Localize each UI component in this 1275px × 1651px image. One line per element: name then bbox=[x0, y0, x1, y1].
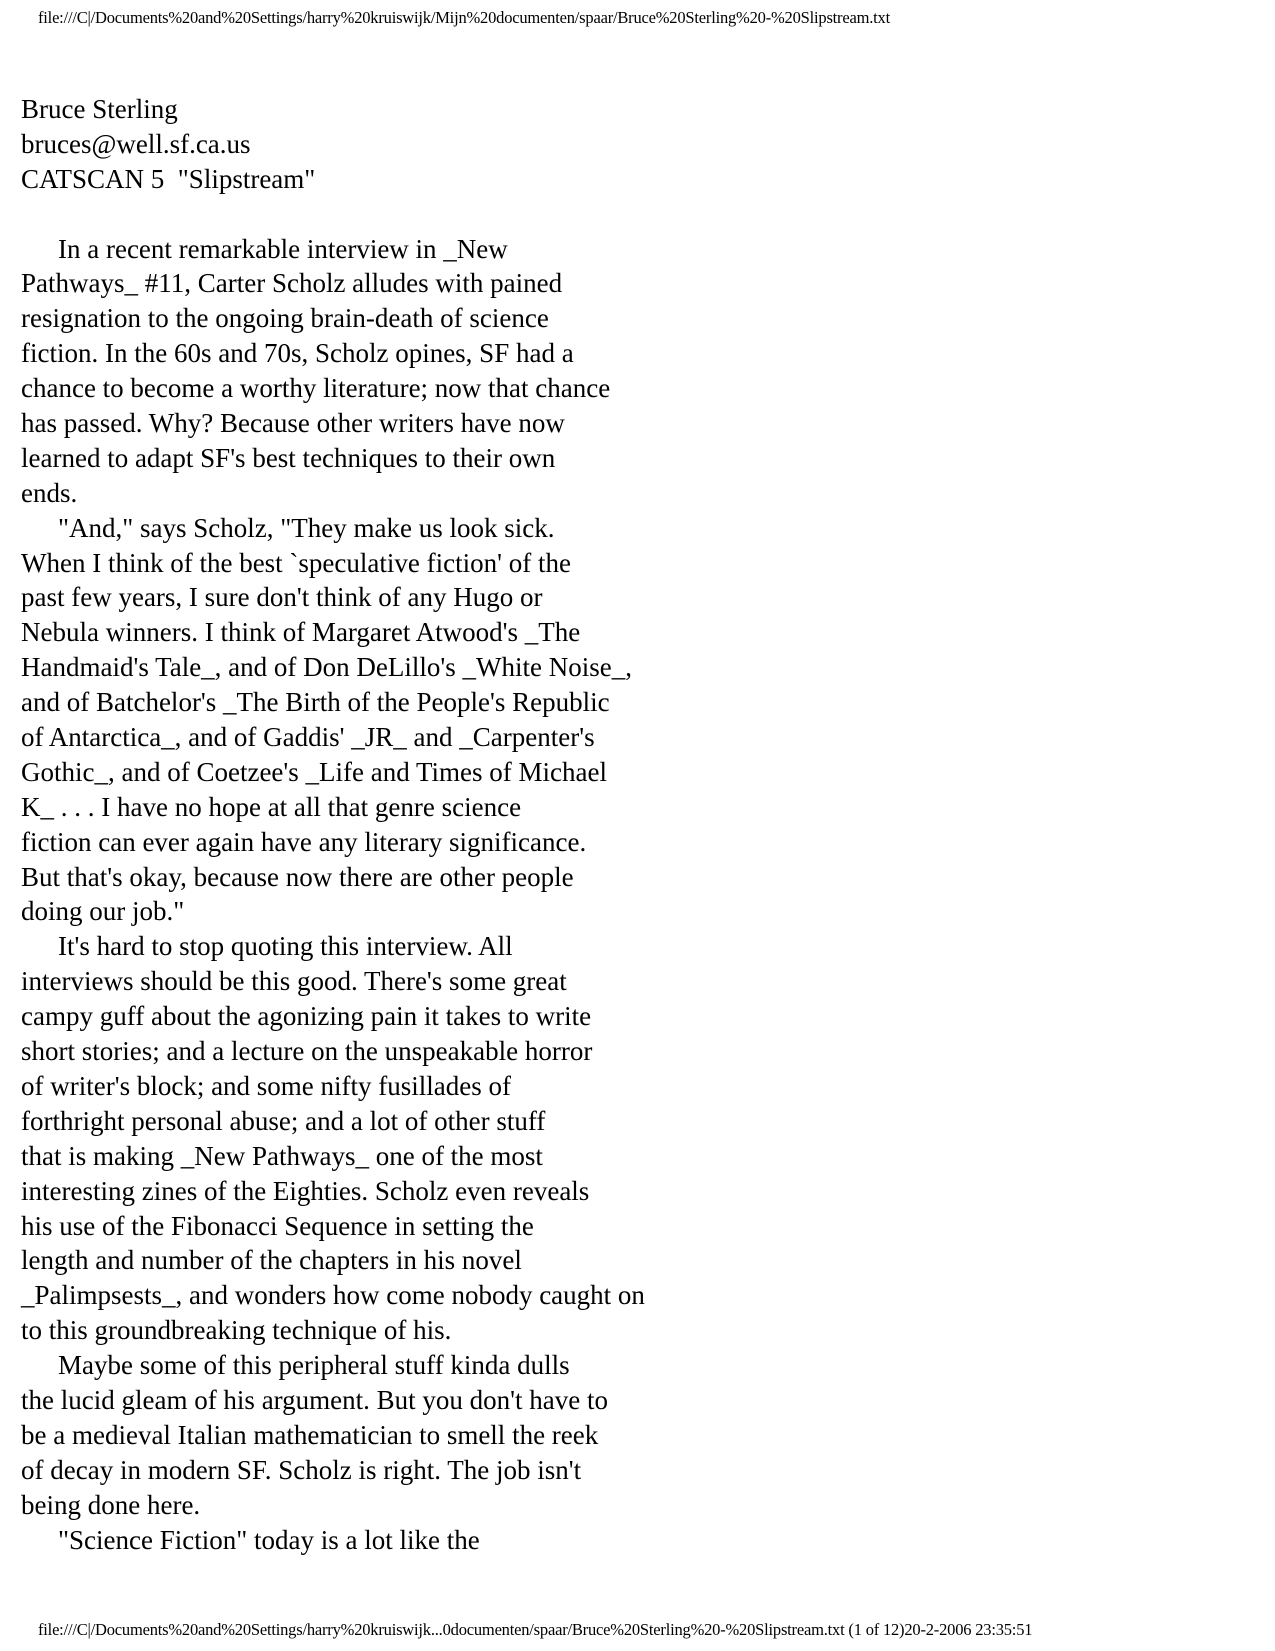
paragraph-line: past few years, I sure don't think of an… bbox=[21, 580, 645, 615]
paragraph-line: Nebula winners. I think of Margaret Atwo… bbox=[21, 615, 645, 650]
article-title: CATSCAN 5 "Slipstream" bbox=[21, 162, 645, 197]
paragraph-line: chance to become a worthy literature; no… bbox=[21, 371, 645, 406]
paragraph-line: to this groundbreaking technique of his. bbox=[21, 1313, 645, 1348]
paragraph-line: learned to adapt SF's best techniques to… bbox=[21, 441, 645, 476]
paragraph-line: fiction can ever again have any literary… bbox=[21, 825, 645, 860]
footer-url: file:///C|/Documents%20and%20Settings/ha… bbox=[38, 1620, 844, 1639]
paragraph-line: short stories; and a lecture on the unsp… bbox=[21, 1034, 645, 1069]
page-header-url: file:///C|/Documents%20and%20Settings/ha… bbox=[38, 7, 890, 29]
paragraph-line: In a recent remarkable interview in _New bbox=[21, 232, 645, 267]
paragraph-line: the lucid gleam of his argument. But you… bbox=[21, 1383, 645, 1418]
paragraph-line: length and number of the chapters in his… bbox=[21, 1243, 645, 1278]
paragraph-line: and of Batchelor's _The Birth of the Peo… bbox=[21, 685, 645, 720]
paragraph-line: _Palimpsests_, and wonders how come nobo… bbox=[21, 1278, 645, 1313]
paragraph-line: be a medieval Italian mathematician to s… bbox=[21, 1418, 645, 1453]
paragraph-line: of Antarctica_, and of Gaddis' _JR_ and … bbox=[21, 720, 645, 755]
paragraph-line: "Science Fiction" today is a lot like th… bbox=[21, 1523, 645, 1558]
paragraph-line: resignation to the ongoing brain-death o… bbox=[21, 301, 645, 336]
paragraph-line: his use of the Fibonacci Sequence in set… bbox=[21, 1209, 645, 1244]
paragraph-5: "Science Fiction" today is a lot like th… bbox=[21, 1523, 645, 1558]
paragraph-line: When I think of the best `speculative fi… bbox=[21, 546, 645, 581]
paragraph-line: of writer's block; and some nifty fusill… bbox=[21, 1069, 645, 1104]
paragraph-line: forthright personal abuse; and a lot of … bbox=[21, 1104, 645, 1139]
paragraph-line: doing our job." bbox=[21, 894, 645, 929]
paragraph-line: that is making _New Pathways_ one of the… bbox=[21, 1139, 645, 1174]
paragraph-3: It's hard to stop quoting this interview… bbox=[21, 929, 645, 1348]
paragraph-2: "And," says Scholz, "They make us look s… bbox=[21, 511, 645, 930]
paragraph-1: In a recent remarkable interview in _New… bbox=[21, 232, 645, 511]
author-email: bruces@well.sf.ca.us bbox=[21, 127, 645, 162]
paragraph-line: Maybe some of this peripheral stuff kind… bbox=[21, 1348, 645, 1383]
paragraph-line: has passed. Why? Because other writers h… bbox=[21, 406, 645, 441]
author-name: Bruce Sterling bbox=[21, 92, 645, 127]
blank-line bbox=[21, 197, 645, 232]
paragraph-line: K_ . . . I have no hope at all that genr… bbox=[21, 790, 645, 825]
paragraph-line: Gothic_, and of Coetzee's _Life and Time… bbox=[21, 755, 645, 790]
paragraph-line: "And," says Scholz, "They make us look s… bbox=[21, 511, 645, 546]
paragraph-line: being done here. bbox=[21, 1488, 645, 1523]
paragraph-line: ends. bbox=[21, 476, 645, 511]
footer-timestamp: 20-2-2006 23:35:51 bbox=[904, 1620, 1032, 1639]
paragraph-line: It's hard to stop quoting this interview… bbox=[21, 929, 645, 964]
paragraph-line: interviews should be this good. There's … bbox=[21, 964, 645, 999]
paragraph-line: But that's okay, because now there are o… bbox=[21, 860, 645, 895]
paragraph-line: Handmaid's Tale_, and of Don DeLillo's _… bbox=[21, 650, 645, 685]
paragraph-line: interesting zines of the Eighties. Schol… bbox=[21, 1174, 645, 1209]
paragraph-line: of decay in modern SF. Scholz is right. … bbox=[21, 1453, 645, 1488]
page-footer: file:///C|/Documents%20and%20Settings/ha… bbox=[38, 1619, 1032, 1641]
paragraph-line: Pathways_ #11, Carter Scholz alludes wit… bbox=[21, 266, 645, 301]
document-body: Bruce Sterling bruces@well.sf.ca.us CATS… bbox=[21, 92, 645, 1557]
paragraph-4: Maybe some of this peripheral stuff kind… bbox=[21, 1348, 645, 1522]
paragraph-line: fiction. In the 60s and 70s, Scholz opin… bbox=[21, 336, 645, 371]
footer-page-info: (1 of 12) bbox=[848, 1620, 904, 1639]
paragraph-line: campy guff about the agonizing pain it t… bbox=[21, 999, 645, 1034]
